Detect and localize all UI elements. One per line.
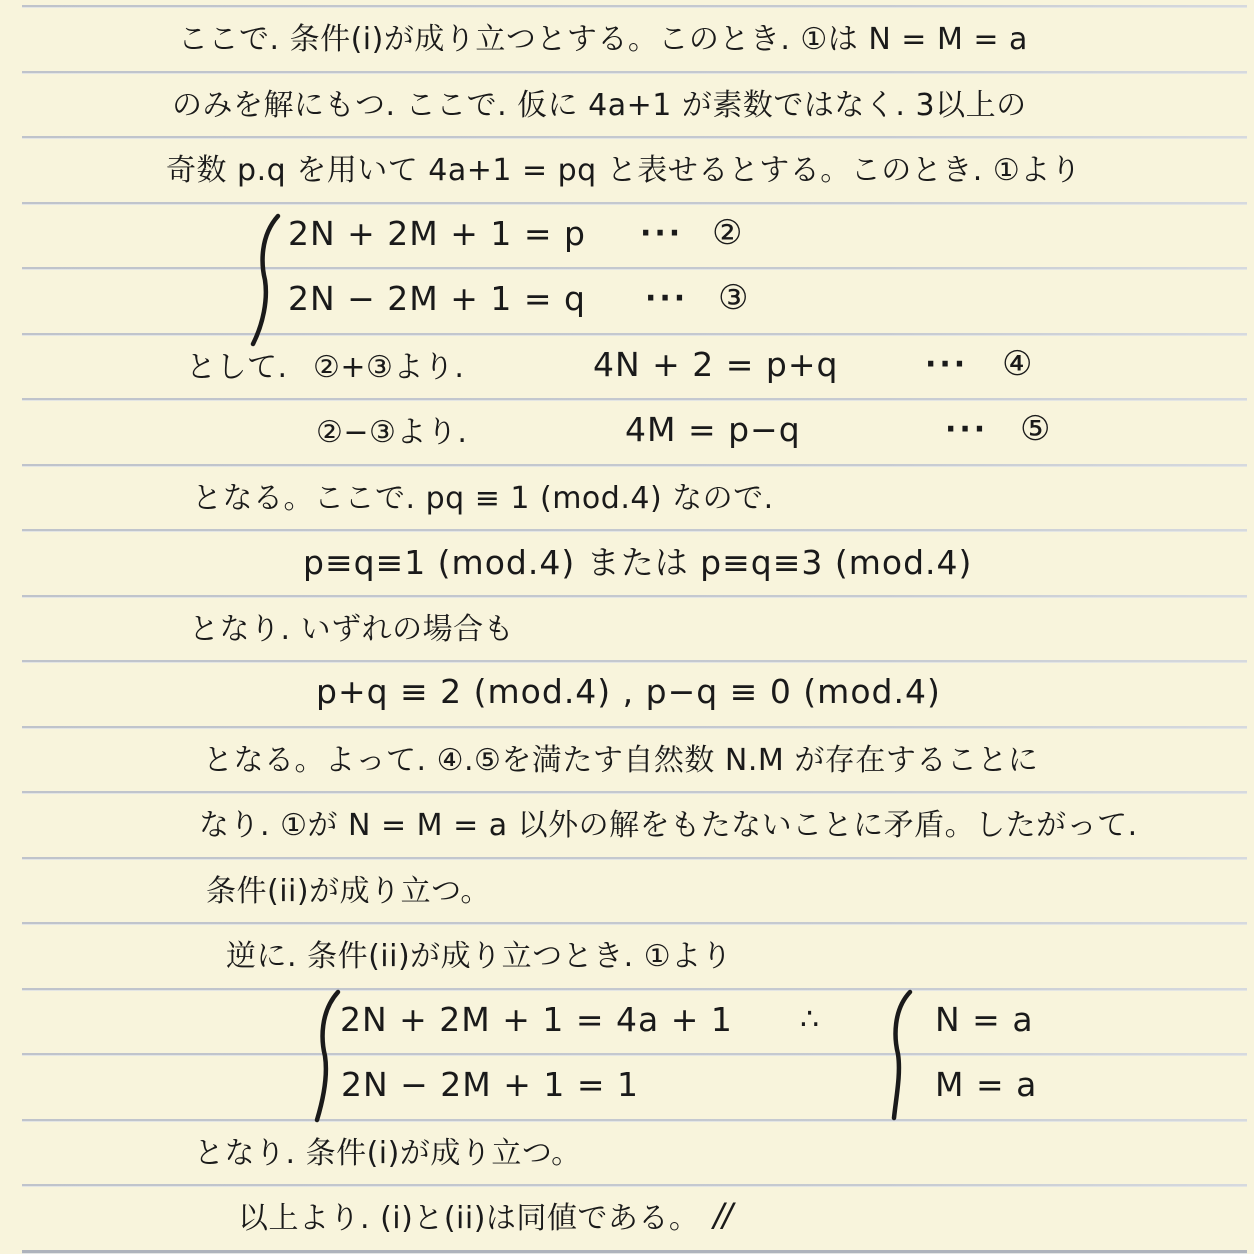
text-line-13: なり. ①が N = M = a 以外の解をもたないことに矛盾。したがって.	[199, 794, 1138, 850]
derivation-2-plus-3: ②+③より.	[313, 336, 464, 392]
equation-2: 2N + 2M + 1 = p	[288, 205, 586, 261]
text-toshite: として.	[186, 336, 288, 392]
system1-left-brace	[248, 212, 284, 348]
derivation-2-minus-3: ②−③より.	[316, 401, 467, 457]
equation-3-label: ③	[718, 270, 749, 326]
system2-result-brace	[882, 988, 918, 1122]
system2-left-brace	[308, 988, 344, 1124]
ellipsis: ···	[640, 205, 683, 261]
notebook-page: ここで. 条件(i)が成り立つとする。このとき. ①は N = M = a のみ…	[0, 0, 1254, 1254]
qed-mark: //	[713, 1196, 731, 1234]
equation-system2-bottom: 2N − 2M + 1 = 1	[341, 1056, 639, 1112]
result-m-equals-a: M = a	[935, 1056, 1037, 1112]
ruled-line	[22, 267, 1247, 270]
text-line-2: のみを解にもつ. ここで. 仮に 4a+1 が素数ではなく. 3以上の	[172, 74, 1027, 130]
text-line-19: 以上より. (i)と(ii)は同値である。 //	[238, 1187, 731, 1243]
text-line-14: 条件(ii)が成り立つ。	[206, 860, 491, 916]
therefore-symbol: ∴	[800, 991, 820, 1047]
equation-3: 2N − 2M + 1 = q	[288, 270, 586, 326]
text-line-1: ここで. 条件(i)が成り立つとする。このとき. ①は N = M = a	[178, 8, 1028, 64]
text-line-15: 逆に. 条件(ii)が成り立つとき. ①より	[226, 925, 732, 981]
equation-2-label: ②	[712, 205, 743, 261]
text-line-8: となる。ここで. pq ≡ 1 (mod.4) なので.	[192, 467, 774, 523]
ellipsis: ···	[925, 336, 968, 392]
conclusion-text: 以上より. (i)と(ii)は同値である。	[238, 1193, 699, 1237]
text-line-18: となり. 条件(i)が成り立つ。	[194, 1122, 582, 1178]
congruence-line-2: p+q ≡ 2 (mod.4) , p−q ≡ 0 (mod.4)	[316, 663, 941, 719]
equation-5-label: ⑤	[1020, 401, 1051, 457]
equation-4: 4N + 2 = p+q	[593, 336, 838, 392]
equation-5: 4M = p−q	[625, 401, 801, 457]
text-line-3: 奇数 p.q を用いて 4a+1 = pq と表せるとする。このとき. ①より	[166, 139, 1081, 195]
text-line-10: となり. いずれの場合も	[189, 598, 514, 654]
equation-4-label: ④	[1002, 336, 1033, 392]
ellipsis: ···	[945, 401, 988, 457]
text-line-12: となる。よって. ④.⑤を満たす自然数 N.M が存在することに	[203, 729, 1038, 785]
result-n-equals-a: N = a	[935, 991, 1034, 1047]
ruled-line	[22, 202, 1247, 205]
congruence-line: p≡q≡1 (mod.4) または p≡q≡3 (mod.4)	[303, 532, 972, 588]
equation-system2-top: 2N + 2M + 1 = 4a + 1	[340, 991, 733, 1047]
ellipsis: ···	[645, 270, 688, 326]
ruled-line	[22, 1250, 1247, 1254]
